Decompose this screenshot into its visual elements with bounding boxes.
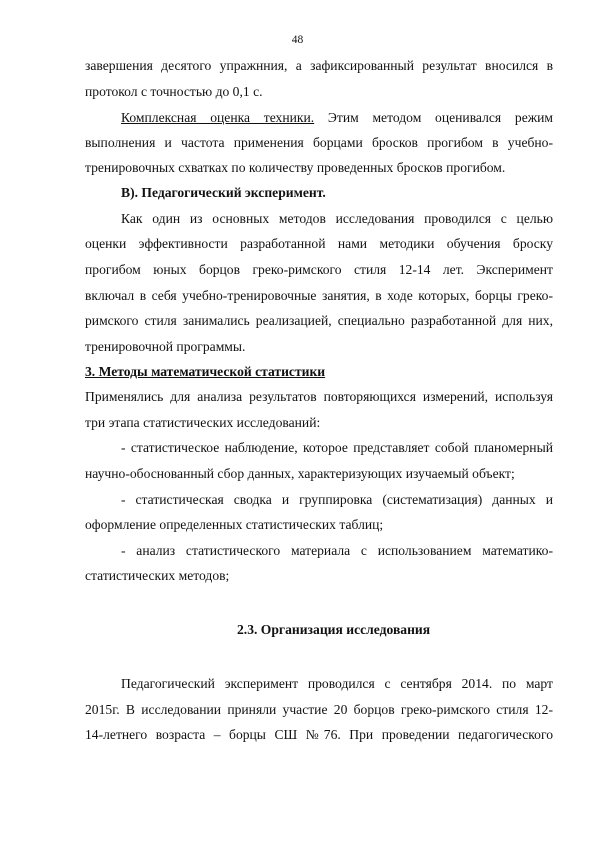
list-item: - статистическое наблюдение, которое пре…: [121, 440, 553, 456]
text-line: Комплексная оценка техники. Этим методом…: [121, 110, 553, 126]
text-line: оценки эффективности разработанной нами …: [85, 236, 553, 252]
text-line: Применялись для анализа результатов повт…: [85, 389, 553, 405]
text-line: 2015г. В исследовании приняли участие 20…: [85, 702, 553, 718]
underlined-term: Комплексная оценка техники.: [121, 110, 314, 125]
text-line: статистических методов;: [85, 568, 553, 584]
text-line: три этапа статистических исследований:: [85, 415, 553, 431]
text-line: Педагогический эксперимент проводился с …: [121, 676, 553, 692]
text-line: выполнения и частота применения борцами …: [85, 135, 553, 151]
list-item: - анализ статистического материала с исп…: [121, 543, 553, 559]
text-line: оформление определенных статистических т…: [85, 517, 553, 533]
text-line: римского стиля занимались реализацией, с…: [85, 313, 553, 329]
text-line: завершения десятого упражнния, а зафикси…: [85, 58, 553, 74]
section-heading: 2.3. Организация исследования: [237, 622, 430, 638]
text-span: Этим методом оценивался режим: [314, 110, 553, 125]
text-line: прогибом юных борцов греко-римского стил…: [85, 262, 553, 278]
text-line: Как один из основных методов исследовани…: [121, 211, 553, 227]
text-line: протокол с точностью до 0,1 с.: [85, 84, 553, 100]
list-item: - статистическая сводка и группировка (с…: [121, 492, 553, 508]
subheading-math-statistics: 3. Методы математической статистики: [85, 364, 553, 380]
subheading-pedagogical-experiment: В). Педагогический эксперимент.: [121, 185, 553, 201]
text-line: тренировочной программы.: [85, 339, 553, 355]
text-line: научно-обоснованный сбор данных, характе…: [85, 466, 553, 482]
text-line: включал в себя учебно-тренировочные заня…: [85, 288, 553, 304]
text-line: 14-летнего возраста – борцы СШ №76. При …: [85, 727, 553, 743]
page-number: 48: [0, 34, 595, 46]
text-line: тренировочных схватках по количеству про…: [85, 160, 553, 176]
